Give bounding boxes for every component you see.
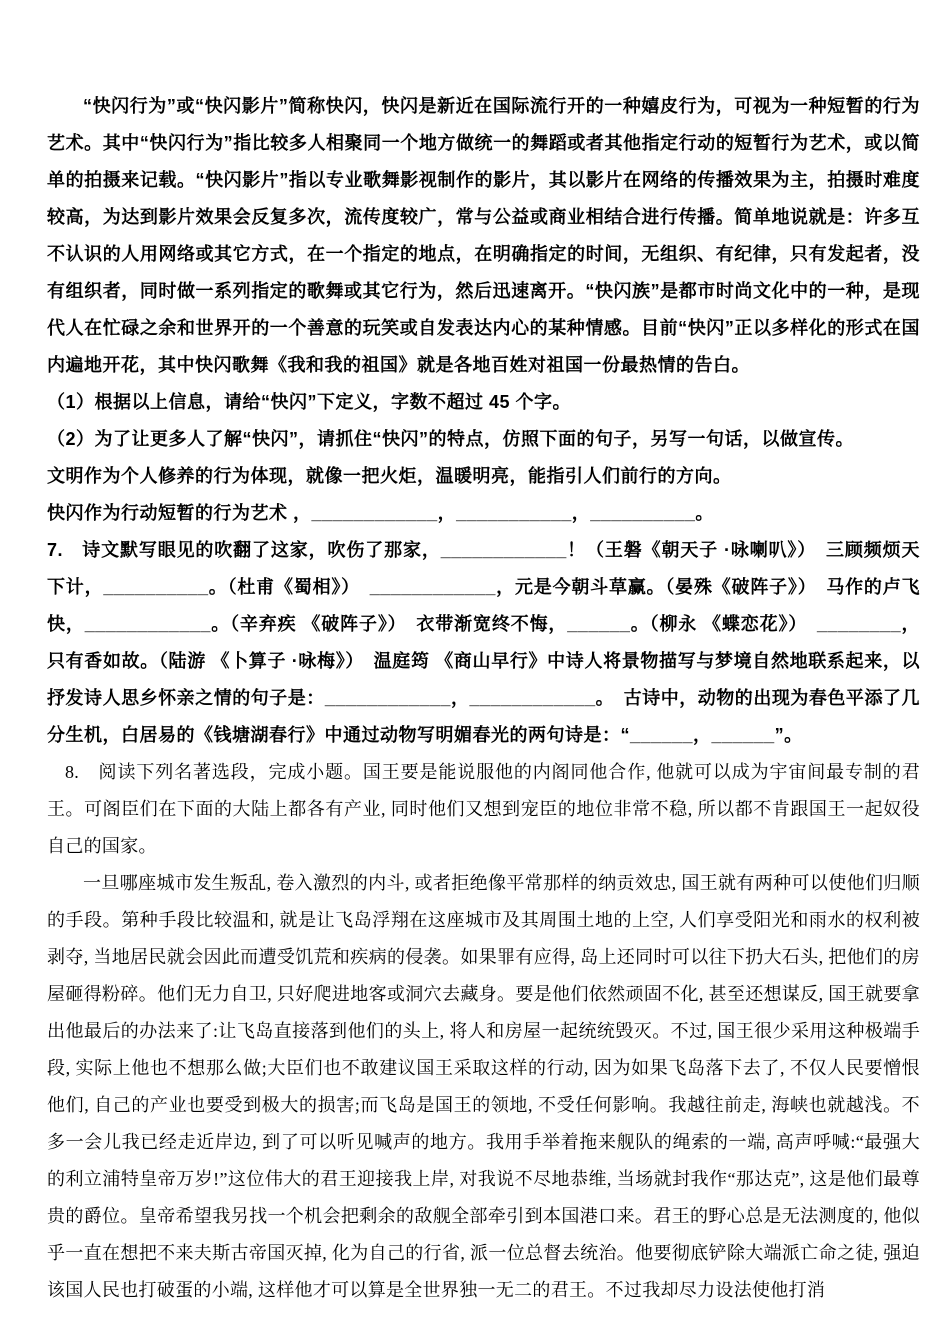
question-8-passage: 一旦哪座城市发生叛乱, 卷入激烈的内斗, 或者拒绝像平常那样的纳贡效忠, 国王就… <box>47 865 920 1309</box>
imitation-blank-line: 快闪作为行动短暂的行为艺术 ，____________，___________，… <box>47 495 920 532</box>
question-7-dictation: 7. 诗文默写眼见的吹翻了这家，吹伤了那家，____________！（王磐《朝… <box>47 532 920 754</box>
question-8-intro: 8. 阅读下列名著选段，完成小题。国王要是能说服他的内阁同他合作, 他就可以成为… <box>47 754 920 865</box>
exam-document-page: “快闪行为”或“快闪影片”简称快闪，快闪是新近在国际流行开的一种嬉皮行为，可视为… <box>0 0 950 1344</box>
sub-question-1: （1）根据以上信息，请给“快闪”下定义，字数不超过 45 个字。 <box>47 384 920 421</box>
flash-mob-intro-passage: “快闪行为”或“快闪影片”简称快闪，快闪是新近在国际流行开的一种嬉皮行为，可视为… <box>47 88 920 384</box>
sub-question-2: （2）为了让更多人了解“快闪”，请抓住“快闪”的特点，仿照下面的句子，另写一句话… <box>47 421 920 458</box>
example-sentence: 文明作为个人修养的行为体现，就像一把火炬，温暖明亮，能指引人们前行的方向。 <box>47 458 920 495</box>
